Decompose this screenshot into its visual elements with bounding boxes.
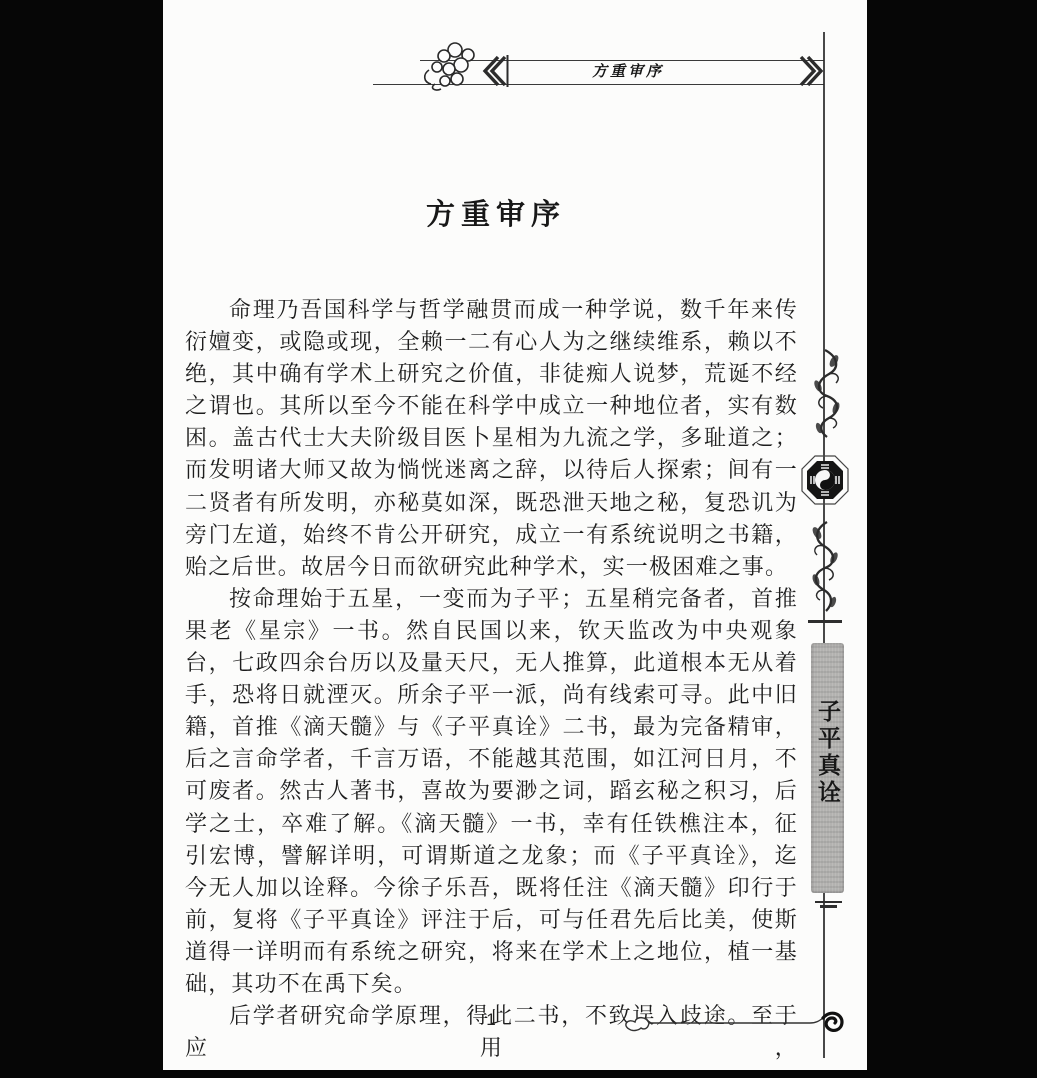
body-text: 命理乃吾国科学与哲学融贯而成一种学说，数千年来传衍嬗变，或隐或现，全赖一二有心人… xyxy=(185,294,798,1064)
double-chevron-left-icon xyxy=(481,54,509,88)
spine-label-bar: 子平真诠 xyxy=(811,643,844,893)
bagua-yinyang-icon xyxy=(799,452,851,508)
spine-book-title: 子平真诠 xyxy=(811,699,844,807)
paragraph: 命理乃吾国科学与哲学融贯而成一种学说，数千年来传衍嬗变，或隐或现，全赖一二有心人… xyxy=(185,294,798,583)
spine-stand-bar xyxy=(815,901,842,903)
tail-flourish-icon xyxy=(618,1006,853,1042)
chapter-title: 方重审序 xyxy=(185,192,797,233)
ornament-stand-bar xyxy=(808,620,842,623)
floral-scroll-ornament-icon xyxy=(803,348,847,438)
floral-scroll-ornament-icon xyxy=(803,520,847,612)
running-header-title: 方重审序 xyxy=(543,59,713,85)
paragraph: 按命理始于五星，一变而为子平；五星稍完备者，首推果老《星宗》一书。然自民国以来，… xyxy=(185,583,798,1000)
chapter-title-block: 方重审序 xyxy=(185,192,797,233)
spine-stand-bar xyxy=(820,905,837,908)
paper-sheet: 方重审序 方重审序 命理乃吾国科学与哲学融贯而成一种学说，数千年来传衍嬗变，或隐… xyxy=(163,0,867,1070)
floral-cluster-icon xyxy=(415,40,485,92)
scanned-book-page: 方重审序 方重审序 命理乃吾国科学与哲学融贯而成一种学说，数千年来传衍嬗变，或隐… xyxy=(0,0,1037,1078)
double-chevron-right-icon xyxy=(797,54,825,88)
